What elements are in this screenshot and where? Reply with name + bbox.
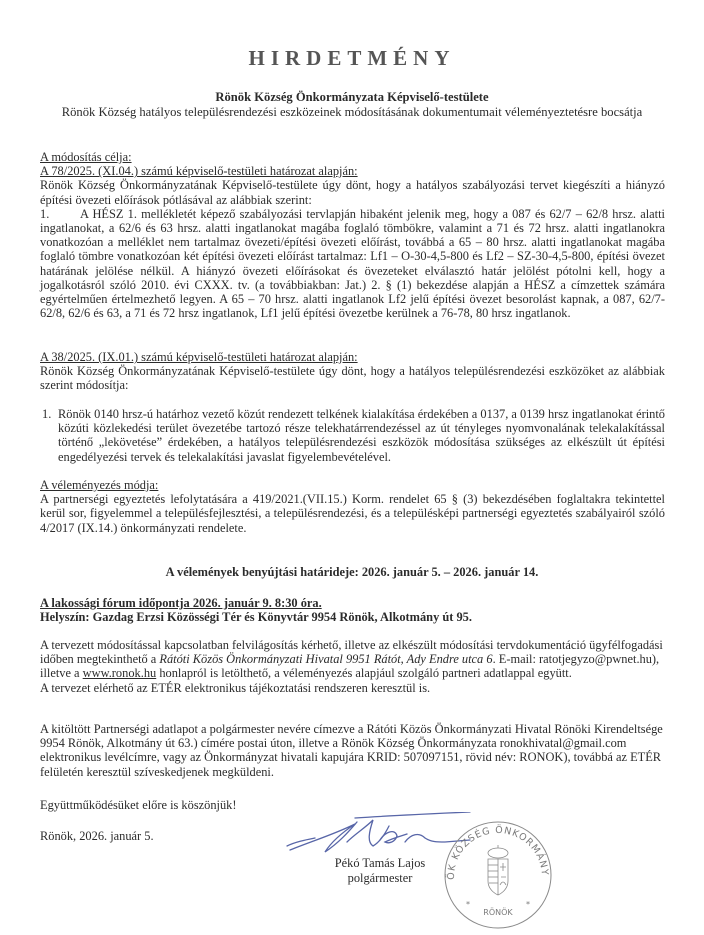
svg-text:RÖNÖK KÖZSÉG ÖNKORMÁNYZATA: RÖNÖK KÖZSÉG ÖNKORMÁNYZATA	[438, 815, 550, 880]
info-text-3: honlapról is letölthető, a véleményezés …	[156, 666, 572, 680]
website-link[interactable]: www.ronok.hu	[83, 666, 157, 680]
signer-title: polgármester	[325, 871, 435, 886]
signature-block: Pékó Tamás Lajos polgármester	[325, 856, 435, 886]
section-goal-heading: A módosítás célja:	[40, 150, 665, 164]
resolution2-list: 1. Rönök 0140 hrsz-ú határhoz vezető köz…	[40, 407, 665, 464]
document-subtitle: Rönök Község hatályos településrendezési…	[30, 105, 674, 120]
forum-date: A lakossági fórum időpontja 2026. január…	[40, 596, 670, 610]
resolution1-item: 1.A HÉSZ 1. mellékletét képező szabályoz…	[40, 207, 665, 321]
resolution1-item-number: 1.	[40, 207, 80, 221]
signer-name: Pékó Tamás Lajos	[325, 856, 435, 871]
resolution1-heading: A 78/2025. (XI.04.) számú képviselő-test…	[40, 164, 665, 178]
section-goal: A módosítás célja: A 78/2025. (XI.04.) s…	[40, 150, 665, 320]
section-method-text: A partnerségi egyeztetés lefolytatására …	[40, 492, 665, 535]
thanks-line: Együttműködésüket előre is köszönjük!	[40, 798, 670, 812]
announcement-page: HIRDETMÉNY Rönök Község Önkormányzata Ké…	[0, 0, 704, 935]
official-stamp-icon: RÖNÖK KÖZSÉG ÖNKORMÁNYZATA RÖNÖK * *	[438, 815, 558, 930]
submission-paragraph: A kitöltött Partnerségi adatlapot a polg…	[40, 722, 670, 779]
document-header: Rönök Község Önkormányzata Képviselő-tes…	[30, 90, 674, 120]
resolution2-item-number: 1.	[42, 407, 51, 421]
eter-line: A tervezet elérhető az ETÉR elektronikus…	[40, 681, 670, 695]
section-method: A véleményezés módja: A partnerségi egye…	[40, 478, 665, 535]
resolution1-item-text: A HÉSZ 1. mellékletét képező szabályozás…	[40, 207, 665, 320]
forum-location: Helyszín: Gazdag Erzsi Közösségi Tér és …	[40, 610, 670, 624]
section-resolution2: A 38/2025. (IX.01.) számú képviselő-test…	[40, 350, 665, 393]
stamp-star-left: *	[466, 900, 470, 909]
document-title: HIRDETMÉNY	[0, 51, 704, 65]
resolution2-intro: Rönök Község Önkormányzatának Képviselő-…	[40, 364, 665, 392]
forum-info: A lakossági fórum időpontja 2026. január…	[40, 596, 670, 624]
stamp-star-right: *	[526, 900, 530, 909]
office-address: Rátóti Közös Önkormányzati Hivatal 9951 …	[159, 652, 492, 666]
stamp-bottom-text: RÖNÖK	[483, 907, 513, 917]
section-method-heading: A véleményezés módja:	[40, 478, 665, 492]
info-paragraph: A tervezett módosítással kapcsolatban fe…	[40, 638, 670, 695]
resolution2-heading: A 38/2025. (IX.01.) számú képviselő-test…	[40, 350, 665, 364]
resolution2-item-text: Rönök 0140 hrsz-ú határhoz vezető közút …	[40, 407, 665, 464]
deadline-line: A vélemények benyújtási határideje: 2026…	[0, 565, 704, 579]
resolution1-intro: Rönök Község Önkormányzatának Képviselő-…	[40, 178, 665, 206]
organization-name: Rönök Község Önkormányzata Képviselő-tes…	[30, 90, 674, 105]
stamp-ring-text: RÖNÖK KÖZSÉG ÖNKORMÁNYZATA	[438, 815, 550, 880]
coat-of-arms-icon	[488, 845, 508, 895]
